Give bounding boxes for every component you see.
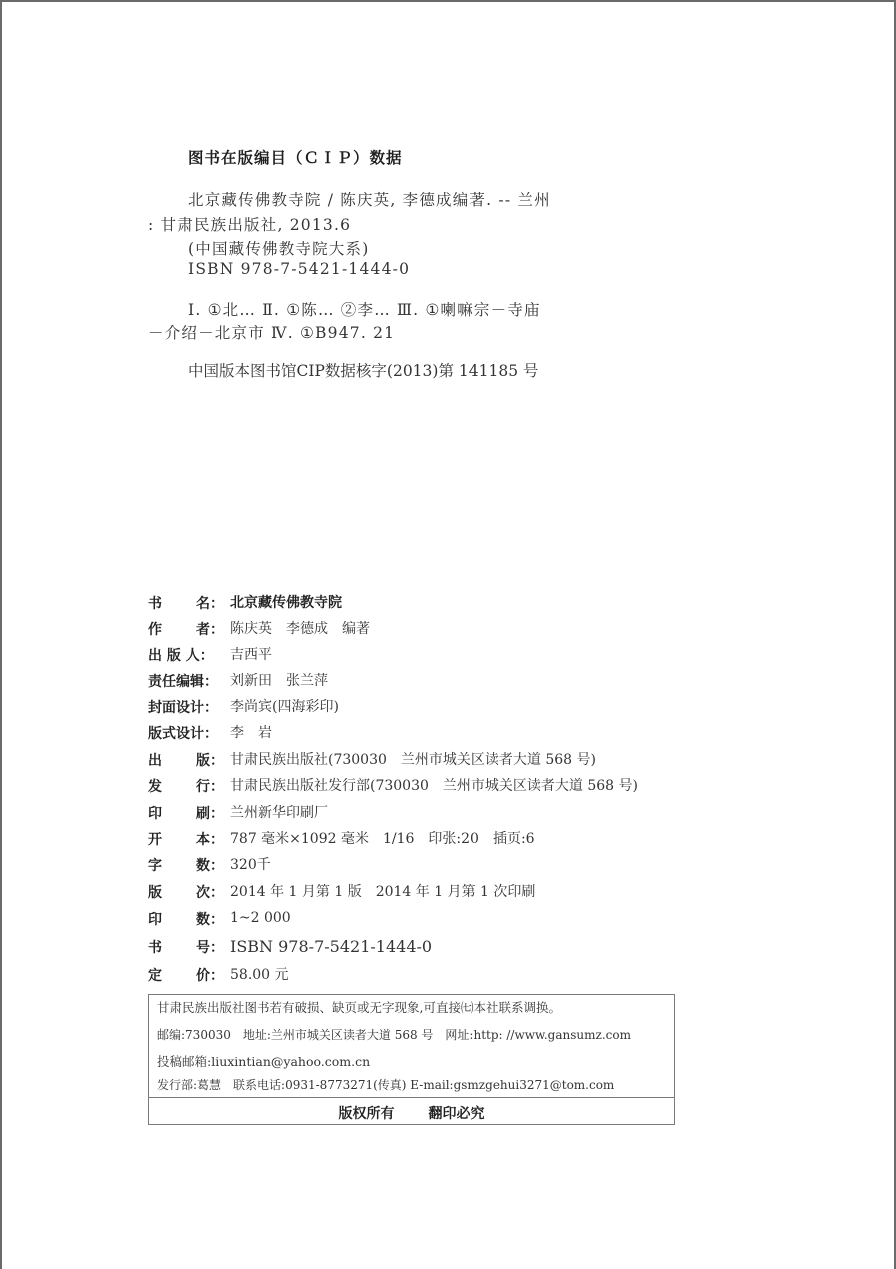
colophon-row-cover-design: 封面设计： 李尚宾(四海彩印) <box>148 696 339 716</box>
all-rights-reserved: 版权所有 <box>339 1106 395 1122</box>
colophon-row-format: 开本： 787 毫米×1092 毫米 1/16 印张:20 插页:6 <box>148 828 535 848</box>
colophon-value: 2014 年 1 月第 1 版 2014 年 1 月第 1 次印刷 <box>230 881 535 901</box>
colophon-row-title: 书名： 北京藏传佛教寺院 <box>148 592 342 612</box>
notice-distribution-contact: 发行部:葛慧 联系电话:0931-8773271(传真) E-mail:gsmz… <box>157 1076 614 1093</box>
cip-line-publisher: : 甘肃民族出版社, 2013.6 <box>148 213 351 235</box>
colophon-row-editors: 责任编辑： 刘新田 张兰萍 <box>148 670 328 690</box>
colophon-value: 320千 <box>230 854 271 874</box>
cip-line-isbn: ISBN 978-7-5421-1444-0 <box>188 260 410 278</box>
colophon-value: ISBN 978-7-5421-1444-0 <box>230 937 432 956</box>
colophon-value: 陈庆英 李德成 编著 <box>230 618 370 638</box>
colophon-row-word-count: 字数： 320千 <box>148 854 271 874</box>
colophon-value: 甘肃民族出版社发行部(730030 兰州市城关区读者大道 568 号) <box>230 775 638 795</box>
copyright-page: 图书在版编目（ＣＩＰ）数据 北京藏传佛教寺院 / 陈庆英, 李德成编著. -- … <box>0 0 896 1269</box>
publisher-notice-box: 甘肃民族出版社图书若有破损、缺页或无字现象,可直接㈦本社联系调换。 邮编:730… <box>148 994 675 1125</box>
cip-subject-line-1: Ⅰ. ①北… Ⅱ. ①陈… ②李… Ⅲ. ①喇嘛宗－寺庙 <box>188 298 541 320</box>
cip-subject-line-2: －介绍－北京市 Ⅳ. ①B947. 21 <box>148 321 395 343</box>
colophon-row-isbn: 书号： ISBN 978-7-5421-1444-0 <box>148 936 432 956</box>
notice-replacement-policy: 甘肃民族出版社图书若有破损、缺页或无字现象,可直接㈦本社联系调换。 <box>157 998 561 1016</box>
cip-line-title-author: 北京藏传佛教寺院 / 陈庆英, 李德成编著. -- 兰州 <box>188 188 551 210</box>
colophon-row-publisher: 出版： 甘肃民族出版社(730030 兰州市城关区读者大道 568 号) <box>148 749 596 769</box>
colophon-value: 1~2 000 <box>230 910 291 926</box>
colophon-row-price: 定价： 58.00 元 <box>148 964 289 984</box>
colophon-row-print-run: 印数： 1~2 000 <box>148 908 291 928</box>
colophon-value: 兰州新华印刷厂 <box>230 802 328 822</box>
colophon-value: 北京藏传佛教寺院 <box>230 592 342 612</box>
notice-address-line: 邮编:730030 地址:兰州市城关区读者大道 568 号 网址:http: /… <box>157 1026 631 1043</box>
cip-record-number: 中国版本图书馆CIP数据核字(2013)第 141185 号 <box>188 359 538 381</box>
notice-submission-email: 投稿邮箱:liuxintian@yahoo.com.cn <box>157 1052 370 1070</box>
colophon-value: 吉西平 <box>230 644 272 664</box>
box-divider <box>149 1097 674 1098</box>
colophon-value: 58.00 元 <box>230 964 289 984</box>
cip-heading: 图书在版编目（ＣＩＰ）数据 <box>188 146 403 168</box>
piracy-prohibited: 翻印必究 <box>429 1106 485 1122</box>
colophon-row-distributor: 发行： 甘肃民族出版社发行部(730030 兰州市城关区读者大道 568 号) <box>148 775 638 795</box>
colophon-row-author: 作者： 陈庆英 李德成 编著 <box>148 618 370 638</box>
colophon-row-printer: 印刷： 兰州新华印刷厂 <box>148 802 328 822</box>
colophon-value: 甘肃民族出版社(730030 兰州市城关区读者大道 568 号) <box>230 749 596 769</box>
colophon-row-layout-design: 版式设计： 李 岩 <box>148 722 272 742</box>
colophon-value: 李尚宾(四海彩印) <box>230 696 339 716</box>
copyright-notice: 版权所有翻印必究 <box>149 1103 674 1123</box>
cip-line-series: (中国藏传佛教寺院大系) <box>188 237 370 259</box>
colophon-value: 李 岩 <box>230 722 272 742</box>
colophon-row-edition: 版次： 2014 年 1 月第 1 版 2014 年 1 月第 1 次印刷 <box>148 881 535 901</box>
colophon-value: 刘新田 张兰萍 <box>230 670 328 690</box>
colophon-value: 787 毫米×1092 毫米 1/16 印张:20 插页:6 <box>230 828 535 848</box>
colophon-row-publisher-person: 出 版 人： 吉西平 <box>148 644 272 664</box>
